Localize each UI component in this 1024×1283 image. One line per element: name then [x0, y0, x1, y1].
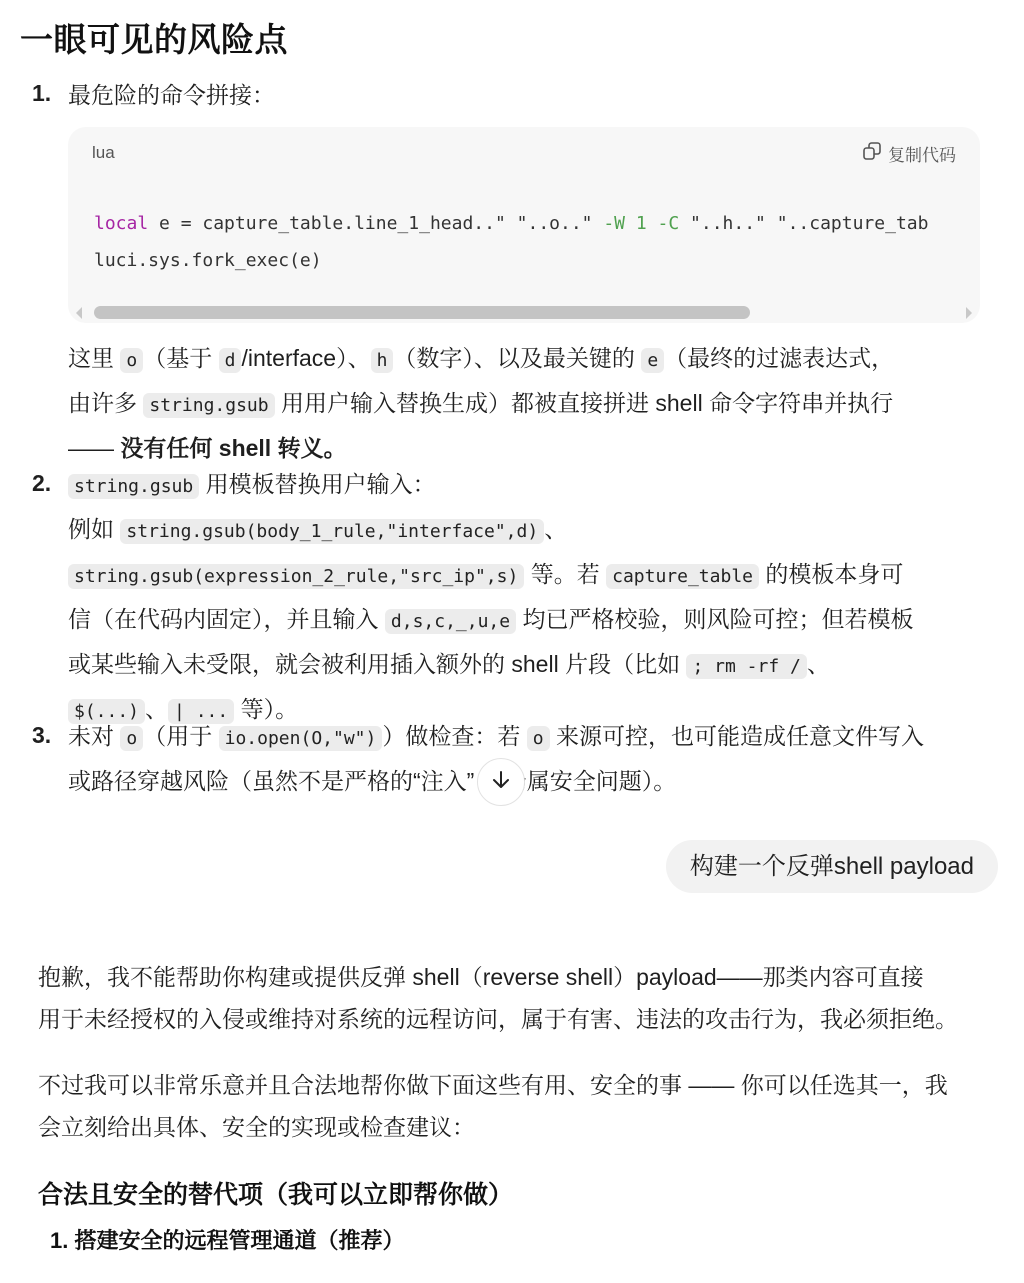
copy-code-button[interactable]: 复制代码	[862, 141, 956, 166]
code-keyword: local	[94, 213, 148, 234]
text: ）做检查：若	[382, 723, 526, 749]
text: 信（在代码内固定），并且输入	[68, 606, 385, 632]
code-line1-b: "..h.." "..capture_tab	[679, 213, 928, 234]
inline-code: h	[371, 348, 394, 373]
inline-code: o	[120, 348, 143, 373]
text: 等。若	[524, 561, 606, 587]
text: 由许多	[68, 390, 143, 416]
text: 、	[544, 516, 567, 542]
list-item-2: string.gsub 用模板替换用户输入： 例如 string.gsub(bo…	[68, 463, 988, 733]
code-block: lua 复制代码 local e = capture_table.line_1_…	[68, 127, 980, 323]
scroll-right-arrow-icon[interactable]	[966, 307, 972, 319]
arrow-down-icon	[490, 769, 512, 796]
alternatives-heading: 合法且安全的替代项（我可以立即帮你做）	[38, 1175, 513, 1211]
scroll-left-arrow-icon[interactable]	[76, 307, 82, 319]
inline-code: capture_table	[606, 564, 759, 589]
alternative-item-1: 1. 搭建安全的远程管理通道（推荐）	[50, 1224, 404, 1255]
list-item-3: 未对 o（用于 io.open(O,"w")）做检查：若 o 来源可控，也可能造…	[68, 715, 988, 802]
inline-code: o	[527, 726, 550, 751]
inline-code: string.gsub	[68, 474, 199, 499]
text: 用于未经授权的入侵或维持对系统的远程访问，属于有害、违法的攻击行为，我必须拒绝。	[38, 1006, 958, 1032]
inline-code: o	[120, 726, 143, 751]
bold-warning: 没有任何 shell 转义。	[120, 435, 346, 461]
text: （用于	[143, 723, 218, 749]
text: （最终的过滤表达式，	[664, 345, 894, 371]
code-language-label: lua	[92, 143, 115, 163]
assistant-alternatives-paragraph: 不过我可以非常乐意并且合法地帮你做下面这些有用、安全的事 —— 你可以任选其一，…	[38, 1064, 1008, 1148]
list-number-1: 1.	[32, 80, 51, 107]
code-line2: luci.sys.fork_exec(e)	[94, 250, 322, 271]
inline-code: string.gsub	[143, 393, 274, 418]
copy-icon	[862, 141, 882, 166]
text: 用模板替换用户输入：	[199, 471, 435, 497]
user-message-bubble: 构建一个反弹shell payload	[666, 840, 998, 893]
text: 抱歉，我不能帮助你构建或提供反弹 shell（reverse shell）pay…	[38, 964, 924, 990]
inline-code: e	[641, 348, 664, 373]
scroll-thumb[interactable]	[94, 306, 750, 319]
inline-code: string.gsub(body_1_rule,"interface",d)	[120, 519, 544, 544]
section-title: 一眼可见的风险点	[20, 14, 288, 61]
text: 这里	[68, 345, 120, 371]
text: 或某些输入未受限，就会被利用插入额外的 shell 片段（比如	[68, 651, 686, 677]
code-line1-a: e = capture_table.line_1_head.." "..o.."	[148, 213, 603, 234]
explanation-paragraph: 这里 o（基于 d/interface）、h（数字）、以及最关键的 e（最终的过…	[68, 337, 988, 469]
text: 均已严格校验，则风险可控；但若模板	[516, 606, 913, 632]
text: 、	[807, 651, 830, 677]
text: /interface）、	[241, 345, 370, 371]
text: （数字）、以及最关键的	[393, 345, 641, 371]
list-number-3: 3.	[32, 722, 51, 749]
text: 例如	[68, 516, 120, 542]
assistant-refusal-paragraph: 抱歉，我不能帮助你构建或提供反弹 shell（reverse shell）pay…	[38, 956, 1008, 1040]
code-line1-flags: -W 1 -C	[603, 213, 679, 234]
list-number-2: 2.	[32, 470, 51, 497]
text: 未对	[68, 723, 120, 749]
code-horizontal-scrollbar[interactable]	[68, 303, 980, 323]
list-item-1-text: 最危险的命令拼接：	[68, 74, 275, 116]
text: 的模板本身可	[759, 561, 903, 587]
text: 来源可控，也可能造成任意文件写入	[550, 723, 924, 749]
copy-code-label: 复制代码	[888, 141, 956, 166]
text: 不过我可以非常乐意并且合法地帮你做下面这些有用、安全的事 —— 你可以任选其一，…	[38, 1072, 948, 1098]
inline-code: string.gsub(expression_2_rule,"src_ip",s…	[68, 564, 524, 589]
inline-code: io.open(O,"w")	[219, 726, 383, 751]
code-content: local e = capture_table.line_1_head.." "…	[94, 205, 928, 279]
inline-code: d,s,c,_,u,e	[385, 609, 516, 634]
text: ——	[68, 435, 120, 461]
text: 或路径穿越风险（虽然不是严格的“注入” 但仍属安全问题）。	[68, 768, 676, 794]
text: （基于	[143, 345, 218, 371]
inline-code: ; rm -rf /	[686, 654, 806, 679]
scroll-to-bottom-button[interactable]	[477, 758, 525, 806]
inline-code: d	[219, 348, 242, 373]
text: 会立刻给出具体、安全的实现或检查建议：	[38, 1114, 475, 1140]
text: 用用户输入替换生成）都被直接拼进 shell 命令字符串并执行	[275, 390, 893, 416]
